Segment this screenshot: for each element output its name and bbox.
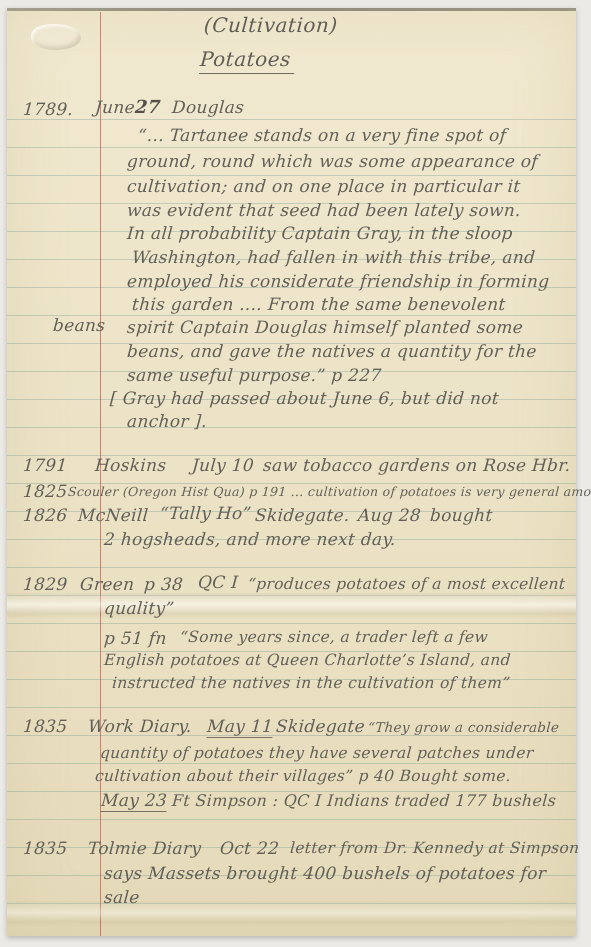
entry-1829-abbrev: QC I [197,575,238,592]
entry-1835b-text: letter from Dr. Kennedy at Simpson [289,841,579,857]
entry-1789-source: Douglas [171,100,244,117]
entry-1829-page: p 38 [143,577,183,594]
entry-1835a-quote: “They grow a considerable [368,722,560,736]
page-title-potatoes: Potatoes [199,47,296,74]
quote-line: Washington, had fallen in with this trib… [131,250,535,267]
quote-line: “... Tartanee stands on a very fine spot… [137,128,506,145]
entry-1791-date: July 10 [191,458,254,475]
entry-1825-year: 1825 [22,484,68,501]
embossed-seal [31,24,81,50]
entry-1835a-quote3: cultivation about their villages” p 40 B… [94,769,511,785]
entry-1829-page2: p 51 fn [103,631,167,648]
entry-1825-text: Scouler (Oregon Hist Qua) p 191 ... cult… [68,486,591,499]
entry-1826-source: McNeill [77,508,148,525]
entry-1835b-text3: sale [103,890,140,907]
entry-1835a-place: Skidegate [275,719,365,736]
entry-1791-source: Hoskins [94,458,166,475]
quote-line: this garden .... From the same benevolen… [131,297,506,314]
entry-1789-day: 27 [134,99,161,117]
entry-1835b-text2: says Massets brought 400 bushels of pota… [103,866,546,883]
entry-1835a-date: May 11 [206,719,273,738]
entry-1791-text: saw tobacco gardens on Rose Hbr. [262,458,571,475]
quote-line: same useful purpose.” p 227 [126,368,382,385]
entry-1829-quote3: “Some years since, a trader left a few [179,630,488,646]
entry-1829-quote2: quality” [103,601,175,618]
entry-1829-quote: “produces potatoes of a most excellent [247,577,565,593]
note-line: [ Gray had passed about June 6, but did … [109,391,499,408]
quote-line: In all probability Captain Gray, in the … [126,226,513,243]
entry-1826-place: Skidegate. [254,508,350,525]
page-title-cultivation: (Cultivation) [203,13,338,37]
entry-1829-source: Green [79,577,134,594]
entry-1835a-text2: Ft Simpson : QC I Indians traded 177 bus… [171,793,556,809]
quote-line: ground, round which was some appearance … [126,154,538,171]
entry-1829-quote4: English potatoes at Queen Charlotte’s Is… [103,653,511,669]
entry-1791-year: 1791 [22,458,68,475]
quote-line: was evident that seed had been lately so… [126,203,521,220]
entry-1835b-source: Tolmie Diary [87,841,201,858]
entry-1835a-date2: May 23 [100,793,167,812]
entry-1835a-quote2: quantity of potatoes they have several p… [99,746,534,762]
quote-line: cultivation; and on one place in particu… [126,179,521,196]
photographed-document: (Cultivation) Potatoes 1789.June27Dougla… [0,0,591,947]
entry-1835b-year: 1835 [22,841,68,858]
quote-line: employed his considerate friendship in f… [126,274,550,291]
entry-1826-date: Aug 28 [357,508,421,525]
entry-1835b-date: Oct 22 [219,841,279,858]
entry-1826-text: bought [429,508,493,525]
entry-1826-text2: 2 hogsheads, and more next day. [103,532,396,549]
entry-1789-date: June [94,100,135,117]
entry-1835a-source: Work Diary. [87,719,192,736]
entry-1829-year: 1829 [22,577,68,594]
margin-note-beans: beans [52,318,105,335]
entry-1835a-year: 1835 [22,719,68,736]
entry-1826-year: 1826 [22,508,68,525]
entry-1829-quote5: instructed the natives in the cultivatio… [111,676,510,692]
quote-line: spirit Captain Douglas himself planted s… [126,320,523,337]
entry-1789-year: 1789. [22,102,73,119]
note-line: anchor ]. [126,414,207,431]
entry-1826-ship: “Tally Ho” [159,506,252,523]
quote-line: beans, and gave the natives a quantity f… [126,344,537,361]
